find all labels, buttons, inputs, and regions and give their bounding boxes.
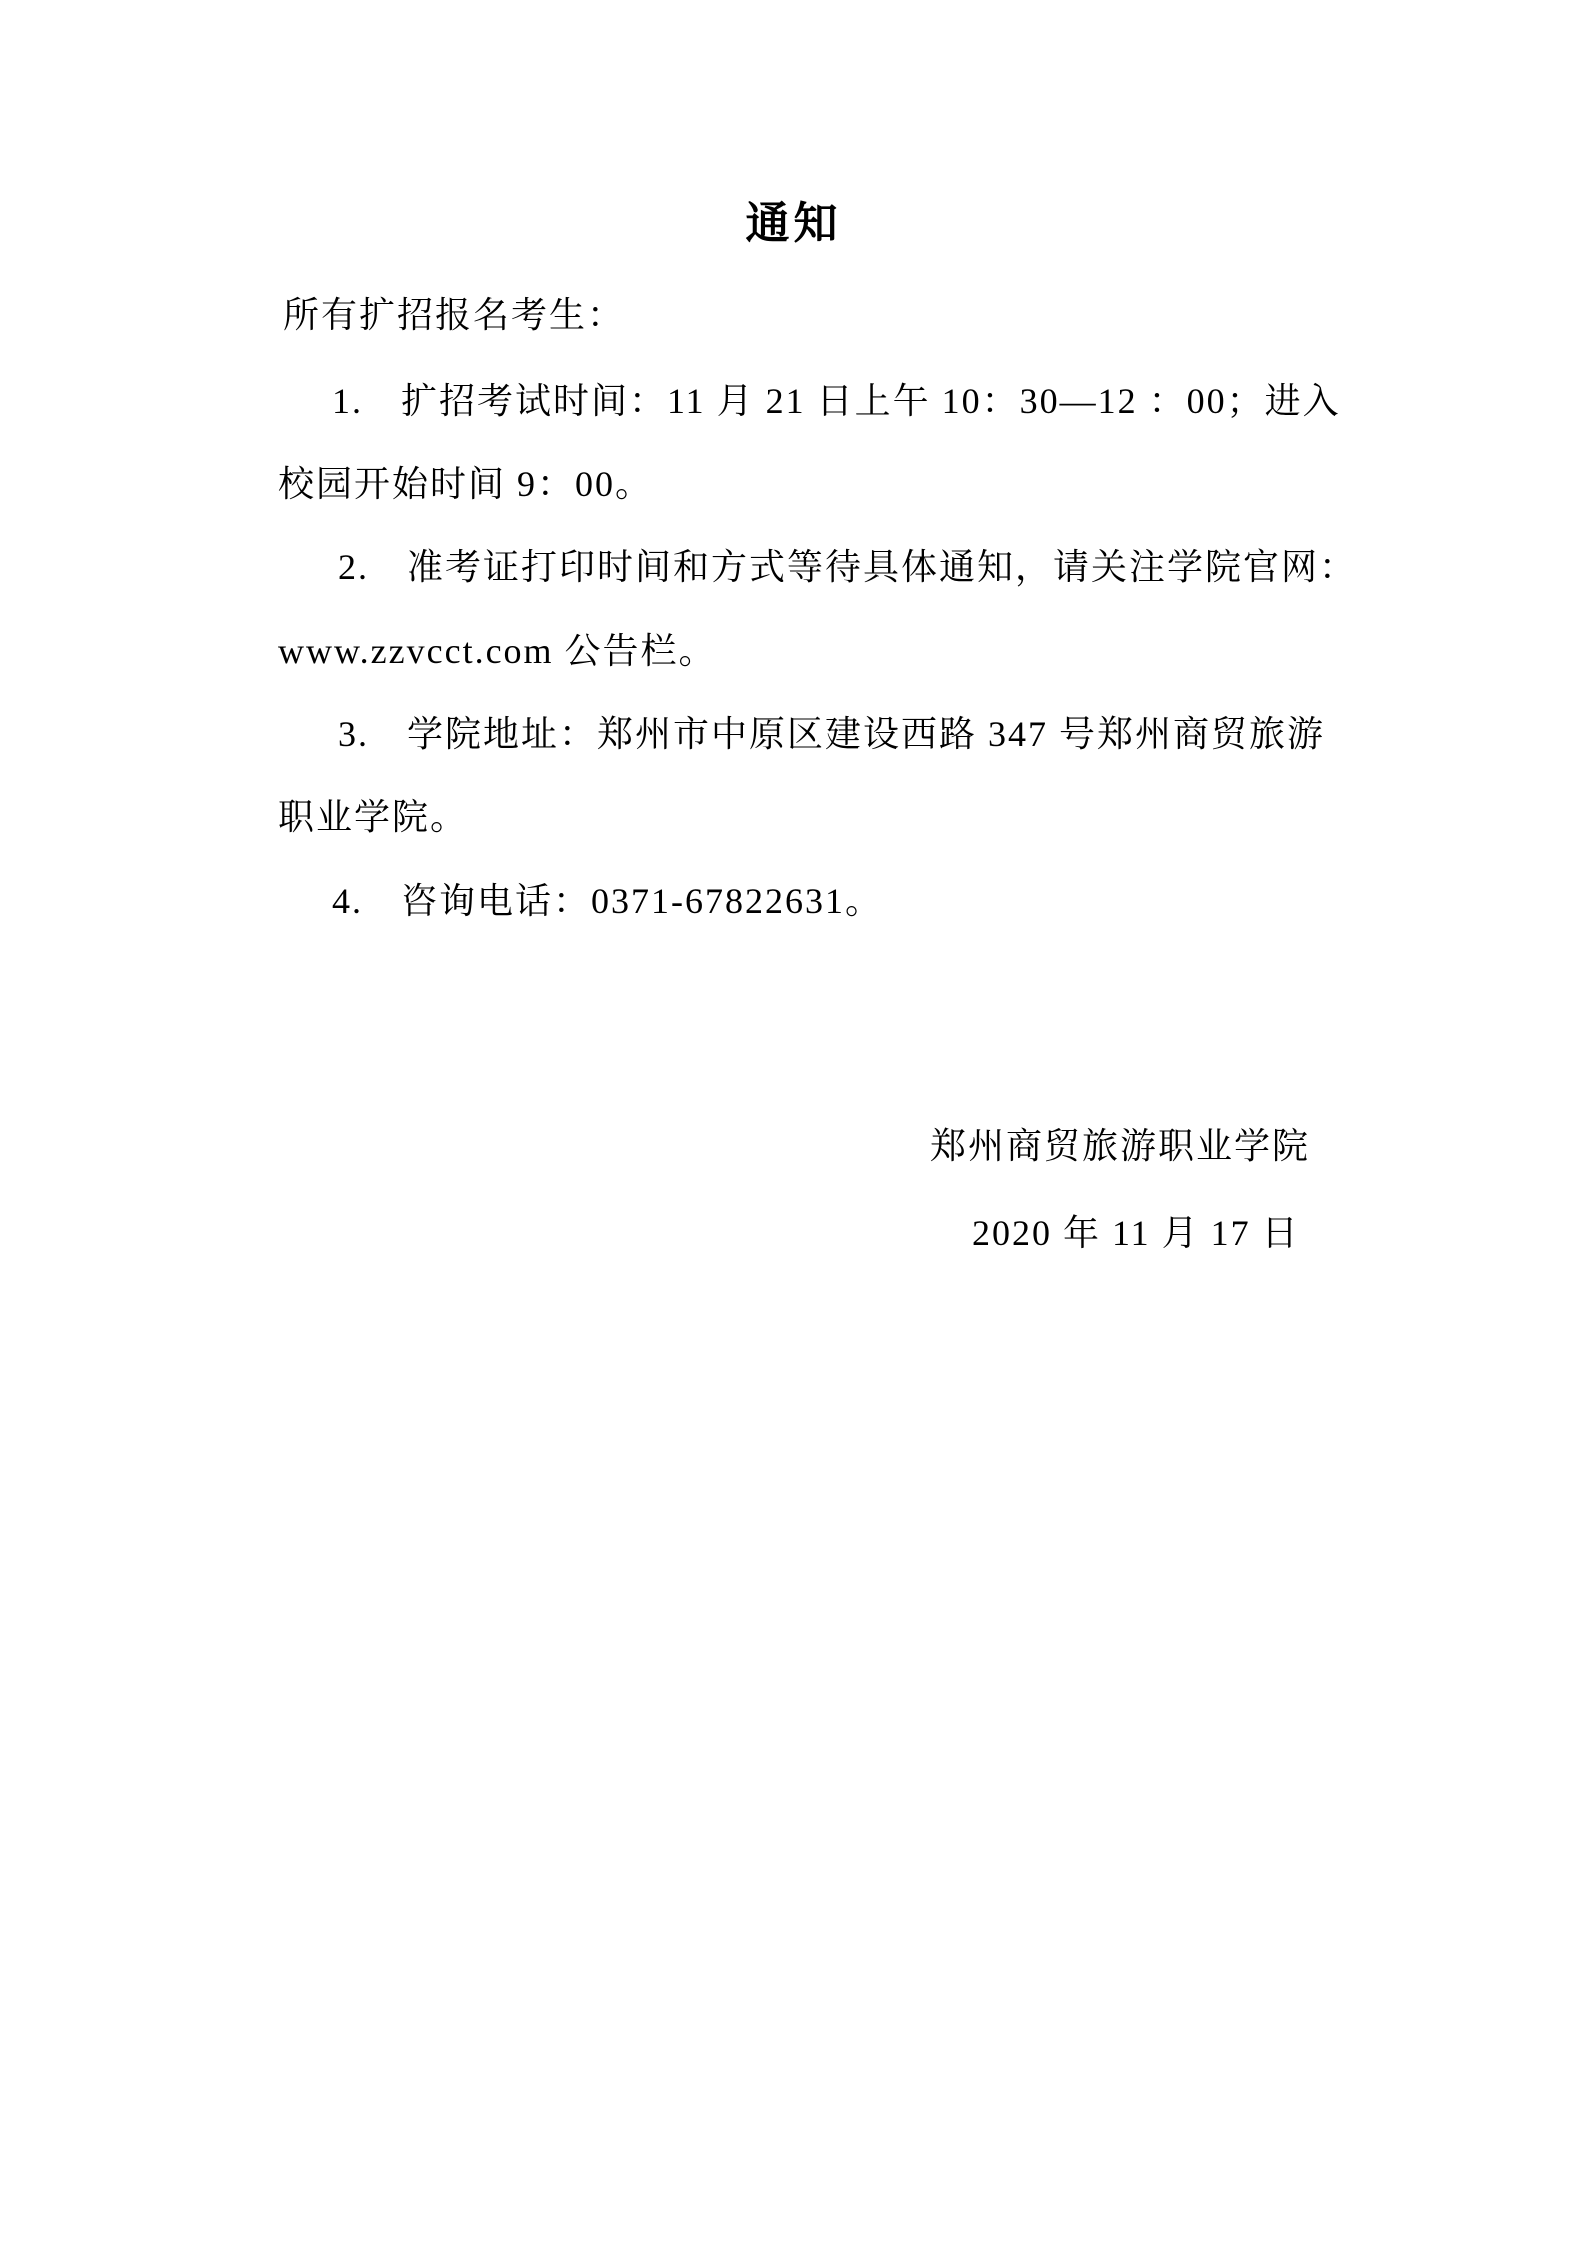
date-line: 2020 年 11 月 17 日 (972, 1215, 1300, 1251)
salutation-line: 所有扩招报名考生： (283, 297, 625, 333)
item-4-line: 4. 咨询电话：0371-67822631。 (332, 883, 883, 919)
signature-line: 郑州商贸旅游职业学院 (930, 1128, 1310, 1164)
item-1-line-2: 校园开始时间 9：00。 (278, 466, 653, 502)
item-3-line-1: 3. 学院地址：郑州市中原区建设西路 347 号郑州商贸旅游 (338, 716, 1325, 752)
item-1-line-1: 1. 扩招考试时间：11 月 21 日上午 10：30—12 ：00；进入 (332, 383, 1341, 419)
notice-document-page: 通知 所有扩招报名考生： 1. 扩招考试时间：11 月 21 日上午 10：30… (0, 0, 1587, 2245)
item-3-line-2: 职业学院。 (278, 799, 468, 835)
item-2-line-2: www.zzvcct.com 公告栏。 (278, 633, 717, 669)
item-2-line-1: 2. 准考证打印时间和方式等待具体通知，请关注学院官网： (338, 549, 1357, 585)
page-title: 通知 (0, 202, 1587, 246)
